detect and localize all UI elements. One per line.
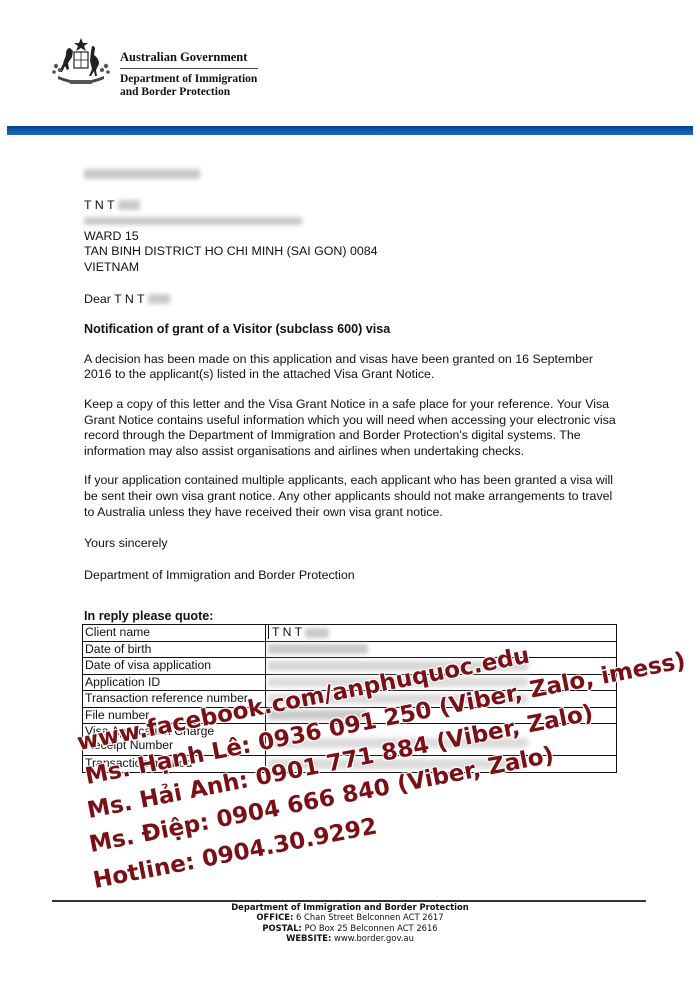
paragraph-decision: A decision has been made on this applica… [84, 352, 624, 383]
footer-postal-label: POSTAL: [262, 923, 302, 933]
footer-postal: POSTAL: PO Box 25 Belconnen ACT 2616 [0, 923, 700, 933]
letter-subject: Notification of grant of a Visitor (subc… [84, 322, 624, 338]
row-label-line1: Visa Application Charge [85, 724, 263, 738]
table-row: Transaction method [83, 756, 617, 773]
footer-website: WEBSITE: www.border.gov.au [0, 933, 700, 943]
row-value [266, 658, 617, 675]
header-divider-bar [7, 126, 693, 135]
recipient-ward: WARD 15 [84, 229, 624, 245]
row-value [266, 691, 617, 708]
footer-postal-value: PO Box 25 Belconnen ACT 2616 [305, 923, 438, 933]
table-row: Client name T N T [83, 625, 617, 642]
salutation: Dear T N T [84, 292, 624, 308]
redacted-value [268, 694, 528, 704]
recipient-name-text: T N T [84, 198, 114, 212]
table-row: File number [83, 707, 617, 724]
row-label-line2: Receipt Number [85, 738, 263, 752]
row-value [266, 674, 617, 691]
row-value [266, 724, 617, 756]
recipient-district: TAN BINH DISTRICT HO CHI MINH (SAI GON) … [84, 244, 624, 260]
quote-heading: In reply please quote: [84, 609, 213, 623]
footer-office-label: OFFICE: [256, 912, 293, 922]
row-label: Application ID [83, 674, 266, 691]
row-label: Transaction method [83, 756, 266, 773]
table-row: Application ID [83, 674, 617, 691]
row-value [266, 641, 617, 658]
footer-office: OFFICE: 6 Chan Street Belconnen ACT 2617 [0, 912, 700, 922]
government-name: Australian Government [120, 50, 258, 69]
row-value: T N T [266, 625, 617, 642]
row-label: File number [83, 707, 266, 724]
signatory: Department of Immigration and Border Pro… [84, 568, 624, 584]
row-label: Visa Application Charge Receipt Number [83, 724, 266, 756]
row-label: Transaction reference number [83, 691, 266, 708]
redacted-name-part [305, 628, 329, 638]
table-row: Transaction reference number [83, 691, 617, 708]
table-row: Date of birth [83, 641, 617, 658]
row-value [266, 756, 617, 773]
footer: Department of Immigration and Border Pro… [0, 902, 700, 943]
redacted-street [84, 217, 302, 225]
letterhead: Australian Government Department of Immi… [48, 36, 308, 106]
department-name: Department of Immigration and Border Pro… [120, 73, 258, 99]
redacted-name-part [118, 200, 140, 210]
salutation-prefix: Dear [84, 292, 111, 306]
letter-date [84, 166, 624, 182]
letter-body: T N T WARD 15 TAN BINH DISTRICT HO CHI M… [84, 166, 624, 583]
redacted-date [84, 169, 200, 179]
footer-website-link[interactable]: www.border.gov.au [334, 933, 414, 943]
redacted-value [268, 677, 528, 687]
recipient-street [84, 213, 624, 229]
row-label: Client name [83, 625, 266, 642]
recipient-country: VIETNAM [84, 260, 624, 276]
redacted-value [268, 661, 528, 671]
row-value [266, 707, 617, 724]
department-name-line1: Department of Immigration [120, 73, 258, 86]
footer-website-label: WEBSITE: [286, 933, 331, 943]
recipient-name: T N T [84, 198, 624, 214]
redacted-value [268, 710, 368, 720]
footer-department: Department of Immigration and Border Pro… [231, 902, 469, 912]
paragraph-multiple-applicants: If your application contained multiple a… [84, 473, 624, 520]
client-name-value: T N T [268, 625, 302, 639]
signoff: Yours sincerely [84, 536, 624, 552]
footer-office-value: 6 Chan Street Belconnen ACT 2617 [296, 912, 444, 922]
row-label: Date of birth [83, 641, 266, 658]
paragraph-keep-copy: Keep a copy of this letter and the Visa … [84, 397, 624, 459]
row-label: Date of visa application [83, 658, 266, 675]
government-title-block: Australian Government Department of Immi… [120, 50, 258, 99]
redacted-name-part [148, 294, 170, 304]
redacted-value [268, 759, 528, 769]
department-name-line2: and Border Protection [120, 86, 258, 99]
salutation-name: T N T [114, 292, 144, 306]
watermark-hotline: Hotline: 0904.30.9292 [91, 813, 379, 894]
australian-coat-of-arms-icon [48, 36, 114, 90]
redacted-value [268, 644, 368, 654]
table-row: Visa Application Charge Receipt Number [83, 724, 617, 756]
table-row: Date of visa application [83, 658, 617, 675]
redacted-value [268, 738, 528, 748]
reference-table: Client name T N T Date of birth Date of … [82, 624, 617, 773]
